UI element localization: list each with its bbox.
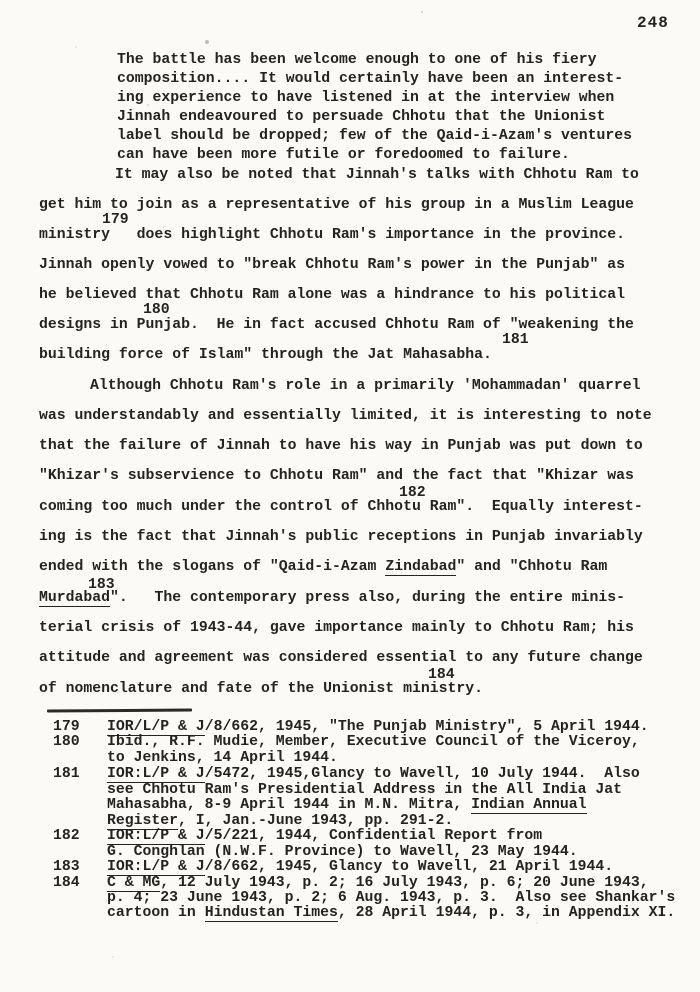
block-quote: The battle has been welcome enough to on… [117, 51, 632, 165]
text-run: /8/662, 1945, "The Punjab Ministry", 5 A… [205, 719, 649, 735]
text-run: Mahasabha, 8-9 April 1944 in M.N. Mitra, [107, 797, 471, 813]
footnote-line: cartoon in Hindustan Times, 28 April 194… [107, 905, 675, 921]
body-line: Jinnah openly vowed to "break Chhotu Ram… [39, 257, 625, 273]
underlined-text: IOR:L/P & J [107, 859, 205, 876]
underlined-text: IOR:L/P & J [107, 828, 205, 845]
text-run: 182 [399, 485, 426, 501]
footnote-line: Ibid., R.F. Mudie, Member, Executive Cou… [107, 734, 640, 750]
text-run: Ibid., R.F. Mudie, Member, Executive Cou… [107, 734, 640, 750]
text-run: "Khizar's subservience to Chhotu Ram" an… [39, 468, 634, 484]
footnote-line: see Chhotu Ram's Presidential Address in… [107, 782, 622, 798]
text-run: , 28 April 1944, p. 3, in Appendix XI. [338, 905, 675, 921]
page-number: 248 [637, 14, 669, 32]
footnote-line: IOR:L/P & J/5472, 1945,Glancy to Wavell,… [107, 766, 640, 782]
underlined-text: Indian Annual [471, 797, 586, 814]
body-line: Murdabad". The contemporary press also, … [39, 590, 625, 606]
body-line: ended with the slogans of "Qaid-i-Azam Z… [39, 559, 607, 575]
footnote-line: to Jenkins, 14 April 1944. [107, 750, 338, 766]
text-run: /5/221, 1944, Confidential Report from [205, 828, 542, 844]
footnote-ref: 182 [399, 485, 426, 501]
text-run: Although Chhotu Ram's role in a primaril… [90, 378, 641, 394]
text-run: coming too much under the control of Chh… [39, 499, 643, 515]
text-run: ended with the slogans of "Qaid-i-Azam [39, 559, 385, 575]
quote-line: The battle has been welcome enough to on… [117, 51, 632, 70]
body-line: Although Chhotu Ram's role in a primaril… [90, 378, 641, 394]
text-run: Jinnah openly vowed to "break Chhotu Ram… [39, 257, 625, 273]
text-run: /8/662, 1945, Glancy to Wavell, 21 April… [205, 859, 613, 875]
text-run: terial crisis of 1943-44, gave importanc… [39, 620, 634, 636]
scanned-document-page: 248 The battle has been welcome enough t… [0, 0, 700, 992]
text-run: get him to join as a representative of h… [39, 197, 634, 213]
text-run: , I, Jan.-June 1943, pp. 291-2. [178, 813, 453, 829]
text-run: cartoon in [107, 905, 205, 921]
text-run: The battle has been welcome enough to on… [117, 52, 597, 68]
text-run: 181 [502, 332, 529, 348]
text-run: ing is the fact that Jinnah's public rec… [39, 529, 643, 545]
text-run: 184 [428, 667, 455, 683]
text-run: of nomenclature and fate of the Unionist… [39, 681, 483, 697]
footnote-number: 184 [53, 875, 80, 891]
footnote-number: 179 [53, 719, 80, 735]
text-run: 179 [102, 212, 129, 228]
body-line: It may also be noted that Jinnah's talks… [115, 167, 639, 183]
quote-line: ing experience to have listened in at th… [117, 89, 632, 108]
footnote-number: 180 [53, 734, 80, 750]
text-run: 181 [53, 766, 80, 782]
text-run: attitude and agreement was considered es… [39, 650, 643, 666]
body-line: coming too much under the control of Chh… [39, 499, 643, 515]
footnote-line: IOR:L/P & J/8/662, 1945, Glancy to Wavel… [107, 859, 613, 875]
footnote-ref: 179 [102, 212, 129, 228]
text-run: ". The contemporary press also, during t… [110, 590, 625, 606]
body-line: of nomenclature and fate of the Unionist… [39, 681, 483, 697]
text-run: designs in Punjab. He in fact accused Ch… [39, 317, 634, 333]
body-line: he believed that Chhotu Ram alone was a … [39, 287, 625, 303]
text-run: label should be dropped; few of the Qaid… [117, 128, 632, 144]
text-run: ministry does highlight Chhotu Ram's imp… [39, 227, 625, 243]
footnote-separator [47, 708, 192, 712]
footnote-ref: 181 [502, 332, 529, 348]
footnote-line: C & MG, 12 July 1943, p. 2; 16 July 1943… [107, 875, 649, 891]
body-line: ing is the fact that Jinnah's public rec… [39, 529, 643, 545]
footnote-number: 181 [53, 766, 80, 782]
footnote-line: IOR:L/P & J/5/221, 1944, Confidential Re… [107, 828, 542, 844]
text-run: It may also be noted that Jinnah's talks… [115, 167, 639, 183]
body-line: was understandably and essentially limit… [39, 408, 652, 424]
footnote-line: Mahasabha, 8-9 April 1944 in M.N. Mitra,… [107, 797, 587, 813]
text-run: was understandably and essentially limit… [39, 408, 652, 424]
underlined-text: IOR:L/P & J [107, 766, 205, 783]
scan-artifact [0, 0, 2, 2]
text-run: 179 [53, 719, 80, 735]
body-line: attitude and agreement was considered es… [39, 650, 643, 666]
underlined-text: Zindabad [385, 559, 456, 576]
body-line: get him to join as a representative of h… [39, 197, 634, 213]
text-run: building force of Islam" through the Jat… [39, 347, 492, 363]
text-run: " and "Chhotu Ram [456, 559, 607, 575]
body-line: "Khizar's subservience to Chhotu Ram" an… [39, 468, 634, 484]
quote-line: can have been more futile or foredoomed … [117, 146, 632, 165]
text-run: /5472, 1945,Glancy to Wavell, 10 July 19… [205, 766, 640, 782]
text-run: that the failure of Jinnah to have his w… [39, 438, 643, 454]
body-line: ministry does highlight Chhotu Ram's imp… [39, 227, 625, 243]
body-line: that the failure of Jinnah to have his w… [39, 438, 643, 454]
underlined-text: Hindustan Times [205, 905, 338, 922]
footnote-ref: 184 [428, 667, 455, 683]
text-run: , 12 July 1943, p. 2; 16 July 1943, p. 6… [160, 875, 648, 891]
footnote-line: G. Conghlan (N.W.F. Province) to Wavell,… [107, 844, 578, 860]
text-run: 182 [53, 828, 80, 844]
text-run: 180 [53, 734, 80, 750]
text-run: p. 4; 23 June 1943, p. 2; 6 Aug. 1943, p… [107, 890, 675, 906]
footnote-number: 182 [53, 828, 80, 844]
quote-line: label should be dropped; few of the Qaid… [117, 127, 632, 146]
footnote-line: IOR/L/P & J/8/662, 1945, "The Punjab Min… [107, 719, 649, 735]
quote-line: composition.... It would certainly have … [117, 70, 632, 89]
text-run: ing experience to have listened in at th… [117, 90, 614, 106]
body-line: building force of Islam" through the Jat… [39, 347, 492, 363]
text-run: 184 [53, 875, 80, 891]
footnote-line: Register, I, Jan.-June 1943, pp. 291-2. [107, 813, 453, 829]
text-run: G. Conghlan (N.W.F. Province) to Wavell,… [107, 844, 578, 860]
text-run: see Chhotu Ram's Presidential Address in… [107, 782, 622, 798]
text-run: 180 [143, 302, 170, 318]
footnote-number: 183 [53, 859, 80, 875]
text-run: composition.... It would certainly have … [117, 71, 623, 87]
footnote-ref: 180 [143, 302, 170, 318]
body-line: designs in Punjab. He in fact accused Ch… [39, 317, 634, 333]
text-run: 183 [53, 859, 80, 875]
text-run: he believed that Chhotu Ram alone was a … [39, 287, 625, 303]
body-line: terial crisis of 1943-44, gave importanc… [39, 620, 634, 636]
text-run: to Jenkins, 14 April 1944. [107, 750, 338, 766]
text-run: 183 [88, 577, 115, 593]
footnote-ref: 183 [88, 577, 115, 593]
quote-line: Jinnah endeavoured to persuade Chhotu th… [117, 108, 632, 127]
text-run: Jinnah endeavoured to persuade Chhotu th… [117, 109, 605, 125]
text-run: can have been more futile or foredoomed … [117, 147, 570, 163]
footnote-line: p. 4; 23 June 1943, p. 2; 6 Aug. 1943, p… [107, 890, 675, 906]
